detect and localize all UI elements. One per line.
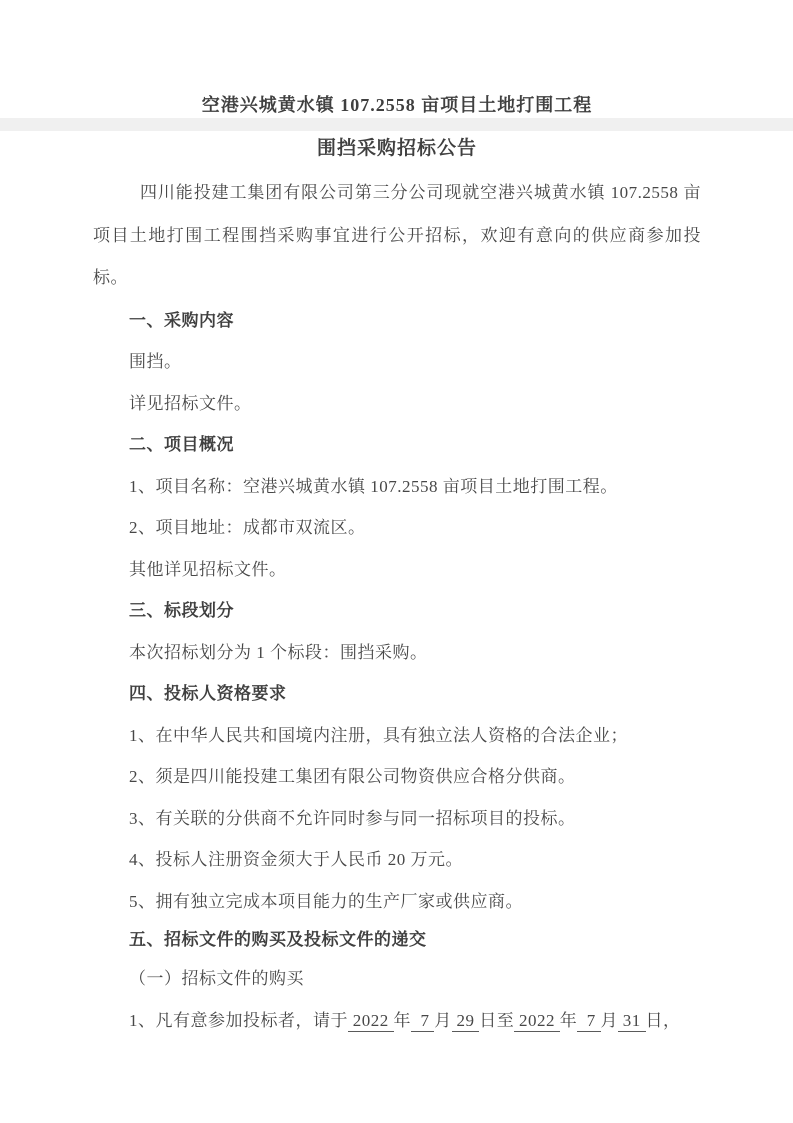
document-line: 2、项目地址：成都市双流区。 bbox=[93, 507, 701, 549]
document-line: 3、有关联的分供商不允许同时参与同一招标项目的投标。 bbox=[93, 798, 701, 840]
underlined-blank: 7 bbox=[577, 1011, 600, 1032]
document-line: 其他详见招标文件。 bbox=[93, 549, 701, 591]
document-line: 围挡。 bbox=[93, 341, 701, 383]
document-line: （一）招标文件的购买 bbox=[93, 958, 701, 1000]
section-heading: 三、标段划分 bbox=[93, 590, 701, 632]
document-title: 空港兴城黄水镇 107.2558 亩项目土地打围工程 bbox=[93, 84, 701, 126]
text-run: 年 bbox=[394, 1011, 412, 1030]
document-line: 1、项目名称：空港兴城黄水镇 107.2558 亩项目土地打围工程。 bbox=[93, 466, 701, 508]
document-line: 本次招标划分为 1 个标段：围挡采购。 bbox=[93, 632, 701, 674]
text-run: 日至 bbox=[479, 1011, 514, 1030]
text-run: 年 bbox=[560, 1011, 578, 1030]
underlined-blank: 2022 bbox=[348, 1011, 394, 1032]
underlined-blank: 7 bbox=[411, 1011, 434, 1032]
section-heading: 一、采购内容 bbox=[93, 300, 701, 342]
text-run: 月 bbox=[601, 1011, 619, 1030]
document-line: 1、在中华人民共和国境内注册，具有独立法人资格的合法企业； bbox=[93, 715, 701, 757]
document-line: 4、投标人注册资金须大于人民币 20 万元。 bbox=[93, 839, 701, 881]
document-line: 四川能投建工集团有限公司第三分公司现就空港兴城黄水镇 107.2558 亩项目土… bbox=[93, 172, 701, 300]
document-line: 详见招标文件。 bbox=[93, 383, 701, 425]
document-line: 2、须是四川能投建工集团有限公司物资供应合格分供商。 bbox=[93, 756, 701, 798]
underlined-blank: 31 bbox=[618, 1011, 646, 1032]
document-subtitle: 围挡采购招标公告 bbox=[93, 126, 701, 172]
underlined-blank: 2022 bbox=[514, 1011, 560, 1032]
section-heading: 四、投标人资格要求 bbox=[93, 673, 701, 715]
document-page: 空港兴城黄水镇 107.2558 亩项目土地打围工程 围挡采购招标公告 四川能投… bbox=[0, 0, 793, 1123]
text-run: 日， bbox=[646, 1011, 681, 1030]
underlined-blank: 29 bbox=[452, 1011, 480, 1032]
section-heading: 二、项目概况 bbox=[93, 424, 701, 466]
document-line: 1、凡有意参加投标者，请于 2022 年 7 月 29 日至 2022 年 7 … bbox=[93, 1000, 701, 1042]
document-content: 空港兴城黄水镇 107.2558 亩项目土地打围工程 围挡采购招标公告 四川能投… bbox=[93, 84, 701, 1041]
document-body: 四川能投建工集团有限公司第三分公司现就空港兴城黄水镇 107.2558 亩项目土… bbox=[93, 172, 701, 1041]
section-heading: 五、招标文件的购买及投标文件的递交 bbox=[93, 922, 701, 958]
document-line: 5、拥有独立完成本项目能力的生产厂家或供应商。 bbox=[93, 881, 701, 923]
text-run: 月 bbox=[434, 1011, 452, 1030]
text-run: 1、凡有意参加投标者，请于 bbox=[129, 1011, 348, 1030]
